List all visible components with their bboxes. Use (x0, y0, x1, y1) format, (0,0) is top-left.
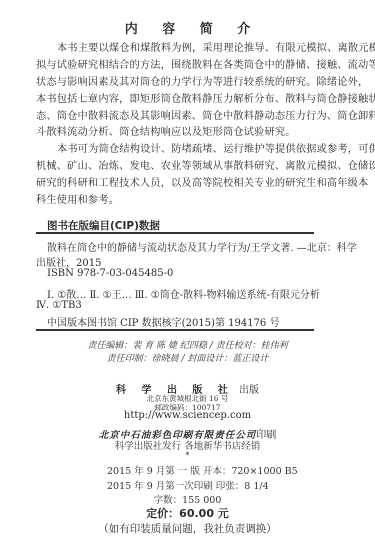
summary-line: 态、筒仓中散料流态及其影响因素、筒仓中散料静动态压力行为、筒仓卸料 (36, 107, 375, 122)
cip-bottom-rule (36, 329, 314, 331)
summary-line: 本书包括七章内容，即矩形筒仓散料静压力解析分布、散料与筒仓静接触状 (36, 90, 375, 105)
summary-line: 斗散料流动分析、筒仓结构响应以及矩形筒仓试验研究。 (36, 123, 296, 138)
cip-title-line: 散料在筒仓中的静储与流动状态及其力学行为/王学文著. —北京：科学 (47, 239, 357, 254)
cip-record-number: 中国版本图书馆 CIP 数据核字(2015)第 194176 号 (47, 314, 279, 329)
summary-title: 内 容 简 介 (0, 18, 375, 37)
credits-line: 责任印制：徐晓晨 / 封面设计：蓝正设计 (0, 351, 375, 364)
word-count: 字数：155 000 (0, 492, 375, 506)
cip-publisher-line: 出版社，2015 (36, 254, 101, 269)
quality-notice: （如有印装质量问题，我社负责调换） (0, 521, 375, 536)
cip-top-rule (36, 232, 314, 234)
edition-line: 2015 年 9 月第 一 版 开本：720×1000 B5 (107, 463, 298, 477)
summary-line: 状态与影响因素及其对筒仓的力学行为等进行较系统的研究。除绪论外， (36, 73, 368, 88)
summary-line: 研究的科研和工程技术人员，以及高等院校相关专业的研究生和高年级本 (36, 174, 368, 189)
cip-isbn: ISBN 978-7-03-045485-0 (47, 268, 173, 279)
distribution-line: 科学出版社发行 各地新华书店经销 (0, 438, 375, 452)
cip-classification-2: Ⅳ. ①TB3 (36, 300, 82, 311)
publisher-url: http://www.sciencep.com (0, 410, 375, 421)
summary-line: 机械、矿山、冶炼、发电、农业等领域从事散料研究、离散元模拟、仓储设计与 (36, 157, 375, 172)
summary-line: 科生使用和参考。 (36, 191, 119, 206)
cip-classification: Ⅰ. ①散… Ⅱ. ①王… Ⅲ. ①筒仓-散料-物料输送系统-有限元分析 (47, 286, 320, 301)
credits-line: 责任编辑：裴 育 陈 婕 纪四稳 / 责任校对：桂伟利 (0, 338, 375, 351)
cip-heading: 图书在版编目(CIP)数据 (47, 218, 160, 233)
separator-star: * (0, 451, 375, 460)
printing-line: 2015 年 9 月第一次印刷 印张：8 1/4 (107, 478, 269, 492)
summary-line: 本书可为筒仓结构设计、防堵疏堵、运行维护等提供依据或参考，可供 (57, 140, 375, 155)
summary-line: 本书主要以煤仓和煤散料为例，采用理论推导、有限元模拟、离散元模 (57, 39, 375, 54)
summary-line: 拟与试验研究相结合的方法，围绕散料在各类筒仓中的静储、接触、流动等 (36, 56, 375, 71)
price: 定价：60.00 元 (0, 505, 375, 521)
